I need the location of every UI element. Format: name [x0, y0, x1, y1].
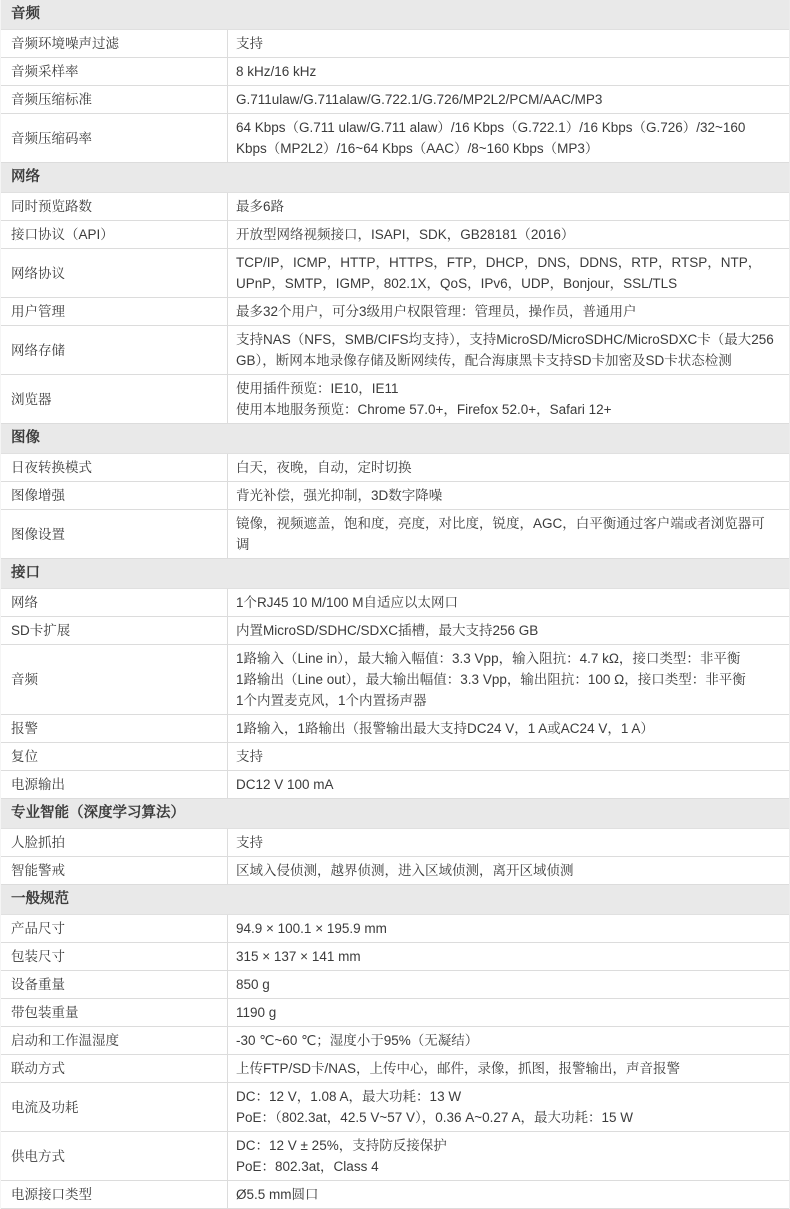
- spec-label: 音频环境噪声过滤: [1, 30, 228, 57]
- spec-label: 联动方式: [1, 1055, 228, 1082]
- spec-label: 复位: [1, 743, 228, 770]
- spec-value: 区域入侵侦测，越界侦测，进入区域侦测，离开区域侦测: [228, 857, 789, 884]
- section-header-network: 网络: [1, 163, 789, 193]
- spec-value: 1个RJ45 10 M/100 M自适应以太网口: [228, 589, 789, 616]
- spec-value: 94.9 × 100.1 × 195.9 mm: [228, 915, 789, 942]
- section-header-image: 图像: [1, 424, 789, 454]
- section-header-audio: 音频: [1, 0, 789, 30]
- spec-label: 音频: [1, 645, 228, 714]
- spec-row: 用户管理 最多32个用户，可分3级用户权限管理：管理员，操作员，普通用户: [1, 298, 789, 326]
- spec-row: 网络 1个RJ45 10 M/100 M自适应以太网口: [1, 589, 789, 617]
- spec-row: 产品尺寸 94.9 × 100.1 × 195.9 mm: [1, 915, 789, 943]
- section-header-smart: 专业智能（深度学习算法）: [1, 799, 789, 829]
- spec-value: 支持: [228, 30, 789, 57]
- spec-value: TCP/IP，ICMP，HTTP，HTTPS，FTP，DHCP，DNS，DDNS…: [228, 249, 789, 297]
- spec-row: 浏览器 使用插件预览：IE10，IE11 使用本地服务预览：Chrome 57.…: [1, 375, 789, 424]
- spec-value: 1190 g: [228, 999, 789, 1026]
- spec-row: 电源接口类型 Ø5.5 mm圆口: [1, 1181, 789, 1209]
- spec-label: 同时预览路数: [1, 193, 228, 220]
- spec-row: 报警 1路输入，1路输出（报警输出最大支持DC24 V，1 A或AC24 V，1…: [1, 715, 789, 743]
- section-header-interface: 接口: [1, 559, 789, 589]
- spec-row: 接口协议（API） 开放型网络视频接口，ISAPI，SDK，GB28181（20…: [1, 221, 789, 249]
- spec-row: 音频采样率 8 kHz/16 kHz: [1, 58, 789, 86]
- spec-label: 产品尺寸: [1, 915, 228, 942]
- spec-row: 音频 1路输入（Line in），最大输入幅值：3.3 Vpp，输入阻抗：4.7…: [1, 645, 789, 715]
- spec-row: 图像增强 背光补偿，强光抑制，3D数字降噪: [1, 482, 789, 510]
- spec-label: 接口协议（API）: [1, 221, 228, 248]
- spec-row: 电源输出 DC12 V 100 mA: [1, 771, 789, 799]
- spec-label: 音频压缩标准: [1, 86, 228, 113]
- spec-label: 用户管理: [1, 298, 228, 325]
- spec-value: 315 × 137 × 141 mm: [228, 943, 789, 970]
- spec-value: 支持: [228, 743, 789, 770]
- spec-label: 图像设置: [1, 510, 228, 558]
- spec-value: 白天，夜晚，自动，定时切换: [228, 454, 789, 481]
- spec-row: 联动方式 上传FTP/SD卡/NAS，上传中心，邮件，录像，抓图，报警输出，声音…: [1, 1055, 789, 1083]
- spec-label: 图像增强: [1, 482, 228, 509]
- spec-value: 最多32个用户，可分3级用户权限管理：管理员，操作员，普通用户: [228, 298, 789, 325]
- spec-row: SD卡扩展 内置MicroSD/SDHC/SDXC插槽，最大支持256 GB: [1, 617, 789, 645]
- spec-label: 报警: [1, 715, 228, 742]
- spec-value: DC：12 V ± 25%，支持防反接保护 PoE：802.3at，Class …: [228, 1132, 789, 1180]
- spec-value: DC12 V 100 mA: [228, 771, 789, 798]
- spec-value: 上传FTP/SD卡/NAS，上传中心，邮件，录像，抓图，报警输出，声音报警: [228, 1055, 789, 1082]
- spec-label: 包装尺寸: [1, 943, 228, 970]
- spec-label: 设备重量: [1, 971, 228, 998]
- spec-label: 日夜转换模式: [1, 454, 228, 481]
- spec-label: 音频压缩码率: [1, 114, 228, 162]
- spec-row: 复位 支持: [1, 743, 789, 771]
- spec-label: 智能警戒: [1, 857, 228, 884]
- spec-value: 支持: [228, 829, 789, 856]
- spec-row: 音频压缩标准 G.711ulaw/G.711alaw/G.722.1/G.726…: [1, 86, 789, 114]
- spec-value: 850 g: [228, 971, 789, 998]
- spec-label: 浏览器: [1, 375, 228, 423]
- spec-label: 网络协议: [1, 249, 228, 297]
- spec-row: 网络协议 TCP/IP，ICMP，HTTP，HTTPS，FTP，DHCP，DNS…: [1, 249, 789, 298]
- spec-value: G.711ulaw/G.711alaw/G.722.1/G.726/MP2L2/…: [228, 86, 789, 113]
- spec-label: 带包装重量: [1, 999, 228, 1026]
- section-header-general: 一般规范: [1, 885, 789, 915]
- spec-table: 音频 音频环境噪声过滤 支持 音频采样率 8 kHz/16 kHz 音频压缩标准…: [0, 0, 790, 1209]
- spec-label: 电源输出: [1, 771, 228, 798]
- spec-row: 智能警戒 区域入侵侦测，越界侦测，进入区域侦测，离开区域侦测: [1, 857, 789, 885]
- spec-row: 电流及功耗 DC：12 V，1.08 A，最大功耗：13 W PoE：（802.…: [1, 1083, 789, 1132]
- spec-label: 供电方式: [1, 1132, 228, 1180]
- spec-row: 供电方式 DC：12 V ± 25%，支持防反接保护 PoE：802.3at，C…: [1, 1132, 789, 1181]
- spec-value: 内置MicroSD/SDHC/SDXC插槽，最大支持256 GB: [228, 617, 789, 644]
- spec-row: 设备重量 850 g: [1, 971, 789, 999]
- spec-label: 启动和工作温湿度: [1, 1027, 228, 1054]
- spec-row: 启动和工作温湿度 -30 ℃~60 ℃；湿度小于95%（无凝结）: [1, 1027, 789, 1055]
- spec-value: 最多6路: [228, 193, 789, 220]
- spec-row: 同时预览路数 最多6路: [1, 193, 789, 221]
- spec-row: 带包装重量 1190 g: [1, 999, 789, 1027]
- spec-row: 日夜转换模式 白天，夜晚，自动，定时切换: [1, 454, 789, 482]
- spec-value: Ø5.5 mm圆口: [228, 1181, 789, 1208]
- spec-value: 支持NAS（NFS，SMB/CIFS均支持），支持MicroSD/MicroSD…: [228, 326, 789, 374]
- spec-row: 人脸抓拍 支持: [1, 829, 789, 857]
- spec-value: 64 Kbps（G.711 ulaw/G.711 alaw）/16 Kbps（G…: [228, 114, 789, 162]
- spec-row: 网络存储 支持NAS（NFS，SMB/CIFS均支持），支持MicroSD/Mi…: [1, 326, 789, 375]
- spec-value: DC：12 V，1.08 A，最大功耗：13 W PoE：（802.3at，42…: [228, 1083, 789, 1131]
- spec-row: 包装尺寸 315 × 137 × 141 mm: [1, 943, 789, 971]
- spec-label: 网络存储: [1, 326, 228, 374]
- spec-label: 电源接口类型: [1, 1181, 228, 1208]
- spec-value: -30 ℃~60 ℃；湿度小于95%（无凝结）: [228, 1027, 789, 1054]
- spec-label: 网络: [1, 589, 228, 616]
- spec-row: 图像设置 镜像，视频遮盖，饱和度，亮度，对比度，锐度，AGC，白平衡通过客户端或…: [1, 510, 789, 559]
- spec-value: 8 kHz/16 kHz: [228, 58, 789, 85]
- spec-label: 电流及功耗: [1, 1083, 228, 1131]
- spec-label: 音频采样率: [1, 58, 228, 85]
- spec-row: 音频压缩码率 64 Kbps（G.711 ulaw/G.711 alaw）/16…: [1, 114, 789, 163]
- spec-value: 1路输入（Line in），最大输入幅值：3.3 Vpp，输入阻抗：4.7 kΩ…: [228, 645, 789, 714]
- spec-value: 开放型网络视频接口，ISAPI，SDK，GB28181（2016）: [228, 221, 789, 248]
- spec-value: 使用插件预览：IE10，IE11 使用本地服务预览：Chrome 57.0+，F…: [228, 375, 789, 423]
- spec-label: SD卡扩展: [1, 617, 228, 644]
- spec-value: 镜像，视频遮盖，饱和度，亮度，对比度，锐度，AGC，白平衡通过客户端或者浏览器可…: [228, 510, 789, 558]
- spec-value: 1路输入，1路输出（报警输出最大支持DC24 V，1 A或AC24 V，1 A）: [228, 715, 789, 742]
- spec-label: 人脸抓拍: [1, 829, 228, 856]
- spec-value: 背光补偿，强光抑制，3D数字降噪: [228, 482, 789, 509]
- spec-row: 音频环境噪声过滤 支持: [1, 30, 789, 58]
